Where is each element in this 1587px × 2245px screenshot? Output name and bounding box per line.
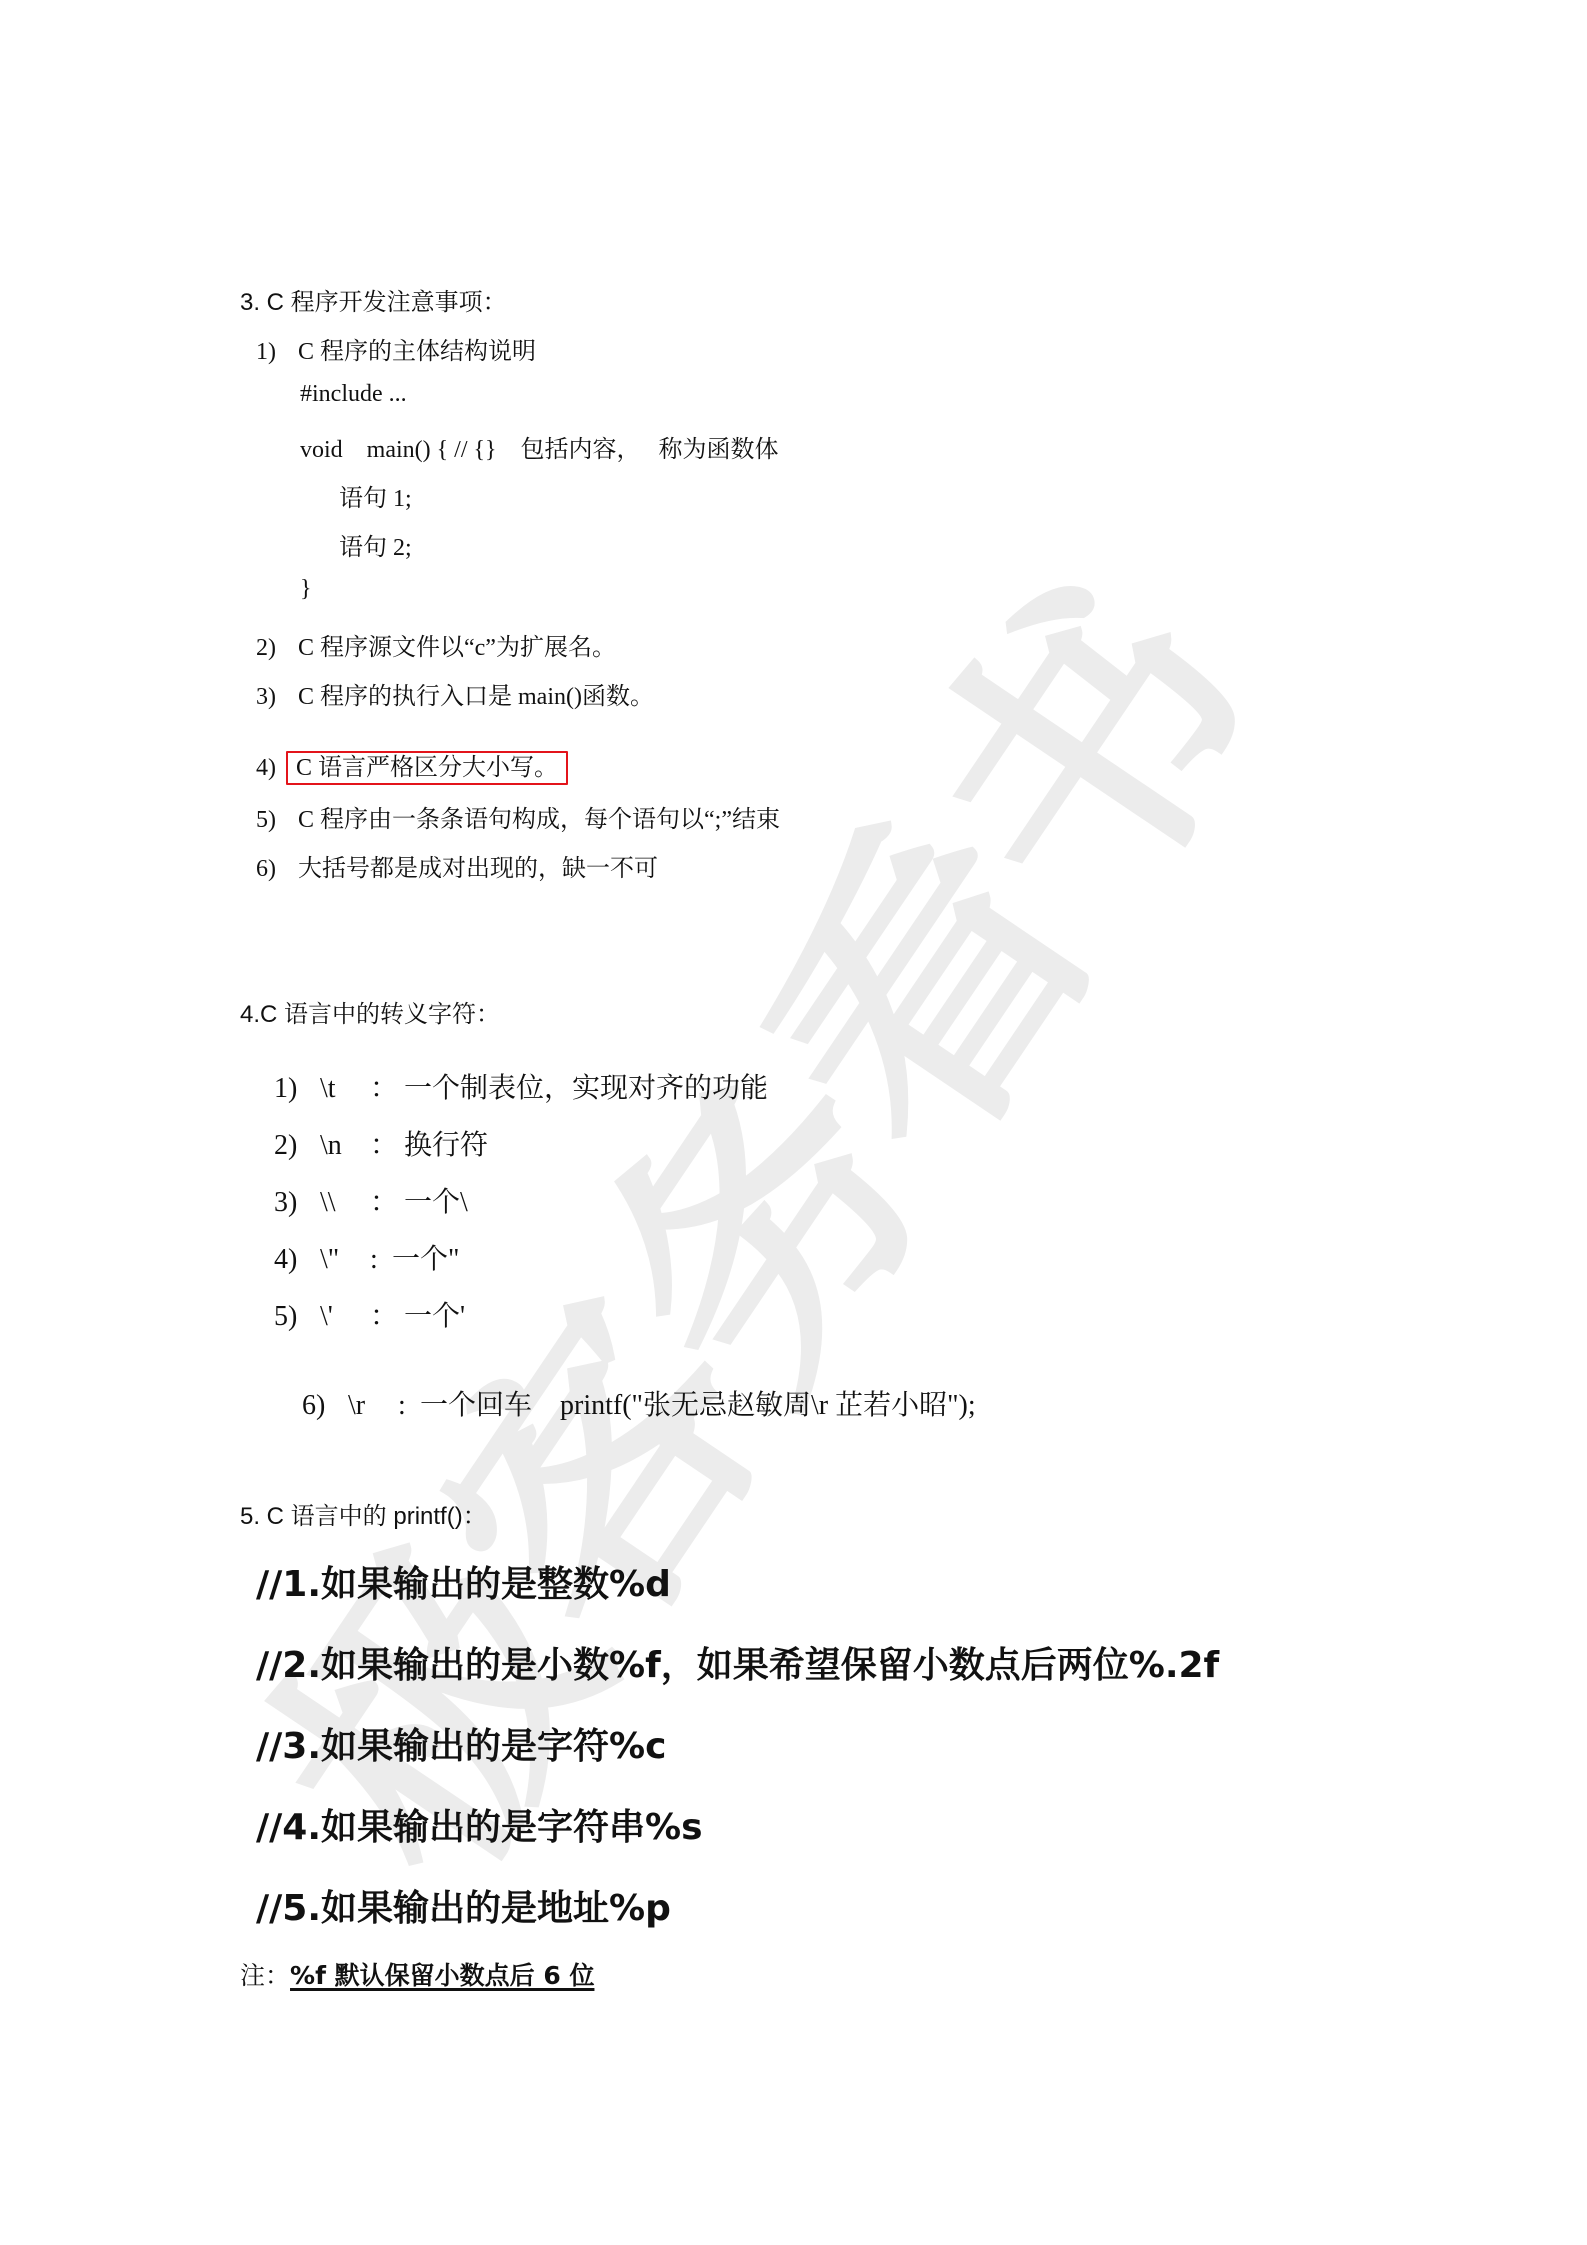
item-number: 3) xyxy=(274,1187,320,1219)
escape-code: \n xyxy=(320,1130,370,1162)
escape-desc: 一个制表位，实现对齐的功能 xyxy=(404,1073,768,1104)
item-number: 6) xyxy=(302,1390,348,1422)
separator: : xyxy=(370,1244,392,1276)
item-number: 5) xyxy=(256,807,298,834)
item-text: 大括号都是成对出现的，缺一不可 xyxy=(298,856,658,882)
document-page: 极客务看书 3. C 程序开发注意事项： 1)C 程序的主体结构说明 #incl… xyxy=(0,0,1587,2245)
separator: ： xyxy=(370,1123,404,1163)
escape-desc: 换行符 xyxy=(404,1130,488,1161)
section-5-title: 5. C 语言中的 printf()： xyxy=(240,1496,487,1531)
code-main-signature: void main() { // {} 包括内容， 称为函数体 xyxy=(300,429,779,464)
escape-desc: 一个' xyxy=(404,1301,465,1332)
code-include: #include ... xyxy=(300,381,407,408)
printf-format-line: //2.如果输出的是小数%f，如果希望保留小数点后两位%.2f xyxy=(256,1637,1219,1688)
escape-code: \t xyxy=(320,1073,370,1105)
section-4-title: 4.C 语言中的转义字符： xyxy=(240,994,500,1029)
list-item: 6)大括号都是成对出现的，缺一不可 xyxy=(256,848,658,883)
note-label: 注： xyxy=(240,1963,290,1990)
code-close-brace: } xyxy=(300,576,312,603)
note: 注：%f 默认保留小数点后 6 位 xyxy=(240,1956,594,1992)
item-text: C 程序的主体结构说明 xyxy=(298,339,536,365)
printf-format-line: //1.如果输出的是整数%d xyxy=(256,1556,671,1607)
code-statement-2: 语句 2; xyxy=(339,527,412,562)
list-item: 2)C 程序源文件以“c”为扩展名。 xyxy=(256,627,616,662)
escape-desc: 一个回车 printf("张无忌赵敏周\r 芷若小昭"); xyxy=(420,1390,976,1421)
printf-format-line: //4.如果输出的是字符串%s xyxy=(256,1799,703,1850)
item-number: 5) xyxy=(274,1301,320,1333)
list-item: 1)C 程序的主体结构说明 xyxy=(256,331,536,366)
separator: : xyxy=(398,1390,420,1422)
item-text: C 程序的执行入口是 main()函数。 xyxy=(298,684,654,710)
item-number: 6) xyxy=(256,856,298,883)
item-number: 4) xyxy=(256,755,286,782)
item-text: C 程序源文件以“c”为扩展名。 xyxy=(298,635,616,661)
item-number: 2) xyxy=(274,1130,320,1162)
list-item: 3)C 程序的执行入口是 main()函数。 xyxy=(256,676,654,711)
escape-item: 1)\t：一个制表位，实现对齐的功能 xyxy=(274,1066,768,1106)
separator: ： xyxy=(370,1066,404,1106)
separator: ： xyxy=(370,1180,404,1220)
code-statement-1: 语句 1; xyxy=(339,478,412,513)
separator: ： xyxy=(370,1294,404,1334)
printf-format-line: //3.如果输出的是字符%c xyxy=(256,1718,666,1769)
escape-item: 2)\n：换行符 xyxy=(274,1123,488,1163)
item-number: 1) xyxy=(274,1073,320,1105)
item-number: 3) xyxy=(256,684,298,711)
printf-format-line: //5.如果输出的是地址%p xyxy=(256,1880,671,1931)
escape-item: 4)\":一个" xyxy=(274,1237,459,1277)
item-number: 1) xyxy=(256,339,298,366)
item-number: 4) xyxy=(274,1244,320,1276)
item-number: 2) xyxy=(256,635,298,662)
escape-code: \r xyxy=(348,1390,398,1422)
highlight-box: C 语言严格区分大小写。 xyxy=(286,751,568,785)
escape-desc: 一个" xyxy=(392,1244,459,1275)
escape-code: \" xyxy=(320,1244,370,1276)
escape-code: \\ xyxy=(320,1187,370,1219)
section-3-title: 3. C 程序开发注意事项： xyxy=(240,282,507,317)
list-item: 5)C 程序由一条条语句构成，每个语句以“;”结束 xyxy=(256,799,780,834)
escape-item: 6)\r:一个回车 printf("张无忌赵敏周\r 芷若小昭"); xyxy=(274,1351,976,1455)
item-text: C 程序由一条条语句构成，每个语句以“;”结束 xyxy=(298,807,780,833)
escape-item: 5)\'：一个' xyxy=(274,1294,465,1334)
escape-desc: 一个\ xyxy=(404,1187,468,1218)
escape-code: \' xyxy=(320,1301,370,1333)
escape-item: 3)\\：一个\ xyxy=(274,1180,468,1220)
note-text: %f 默认保留小数点后 6 位 xyxy=(290,1961,594,1990)
list-item-highlighted: 4)C 语言严格区分大小写。 xyxy=(256,747,568,782)
